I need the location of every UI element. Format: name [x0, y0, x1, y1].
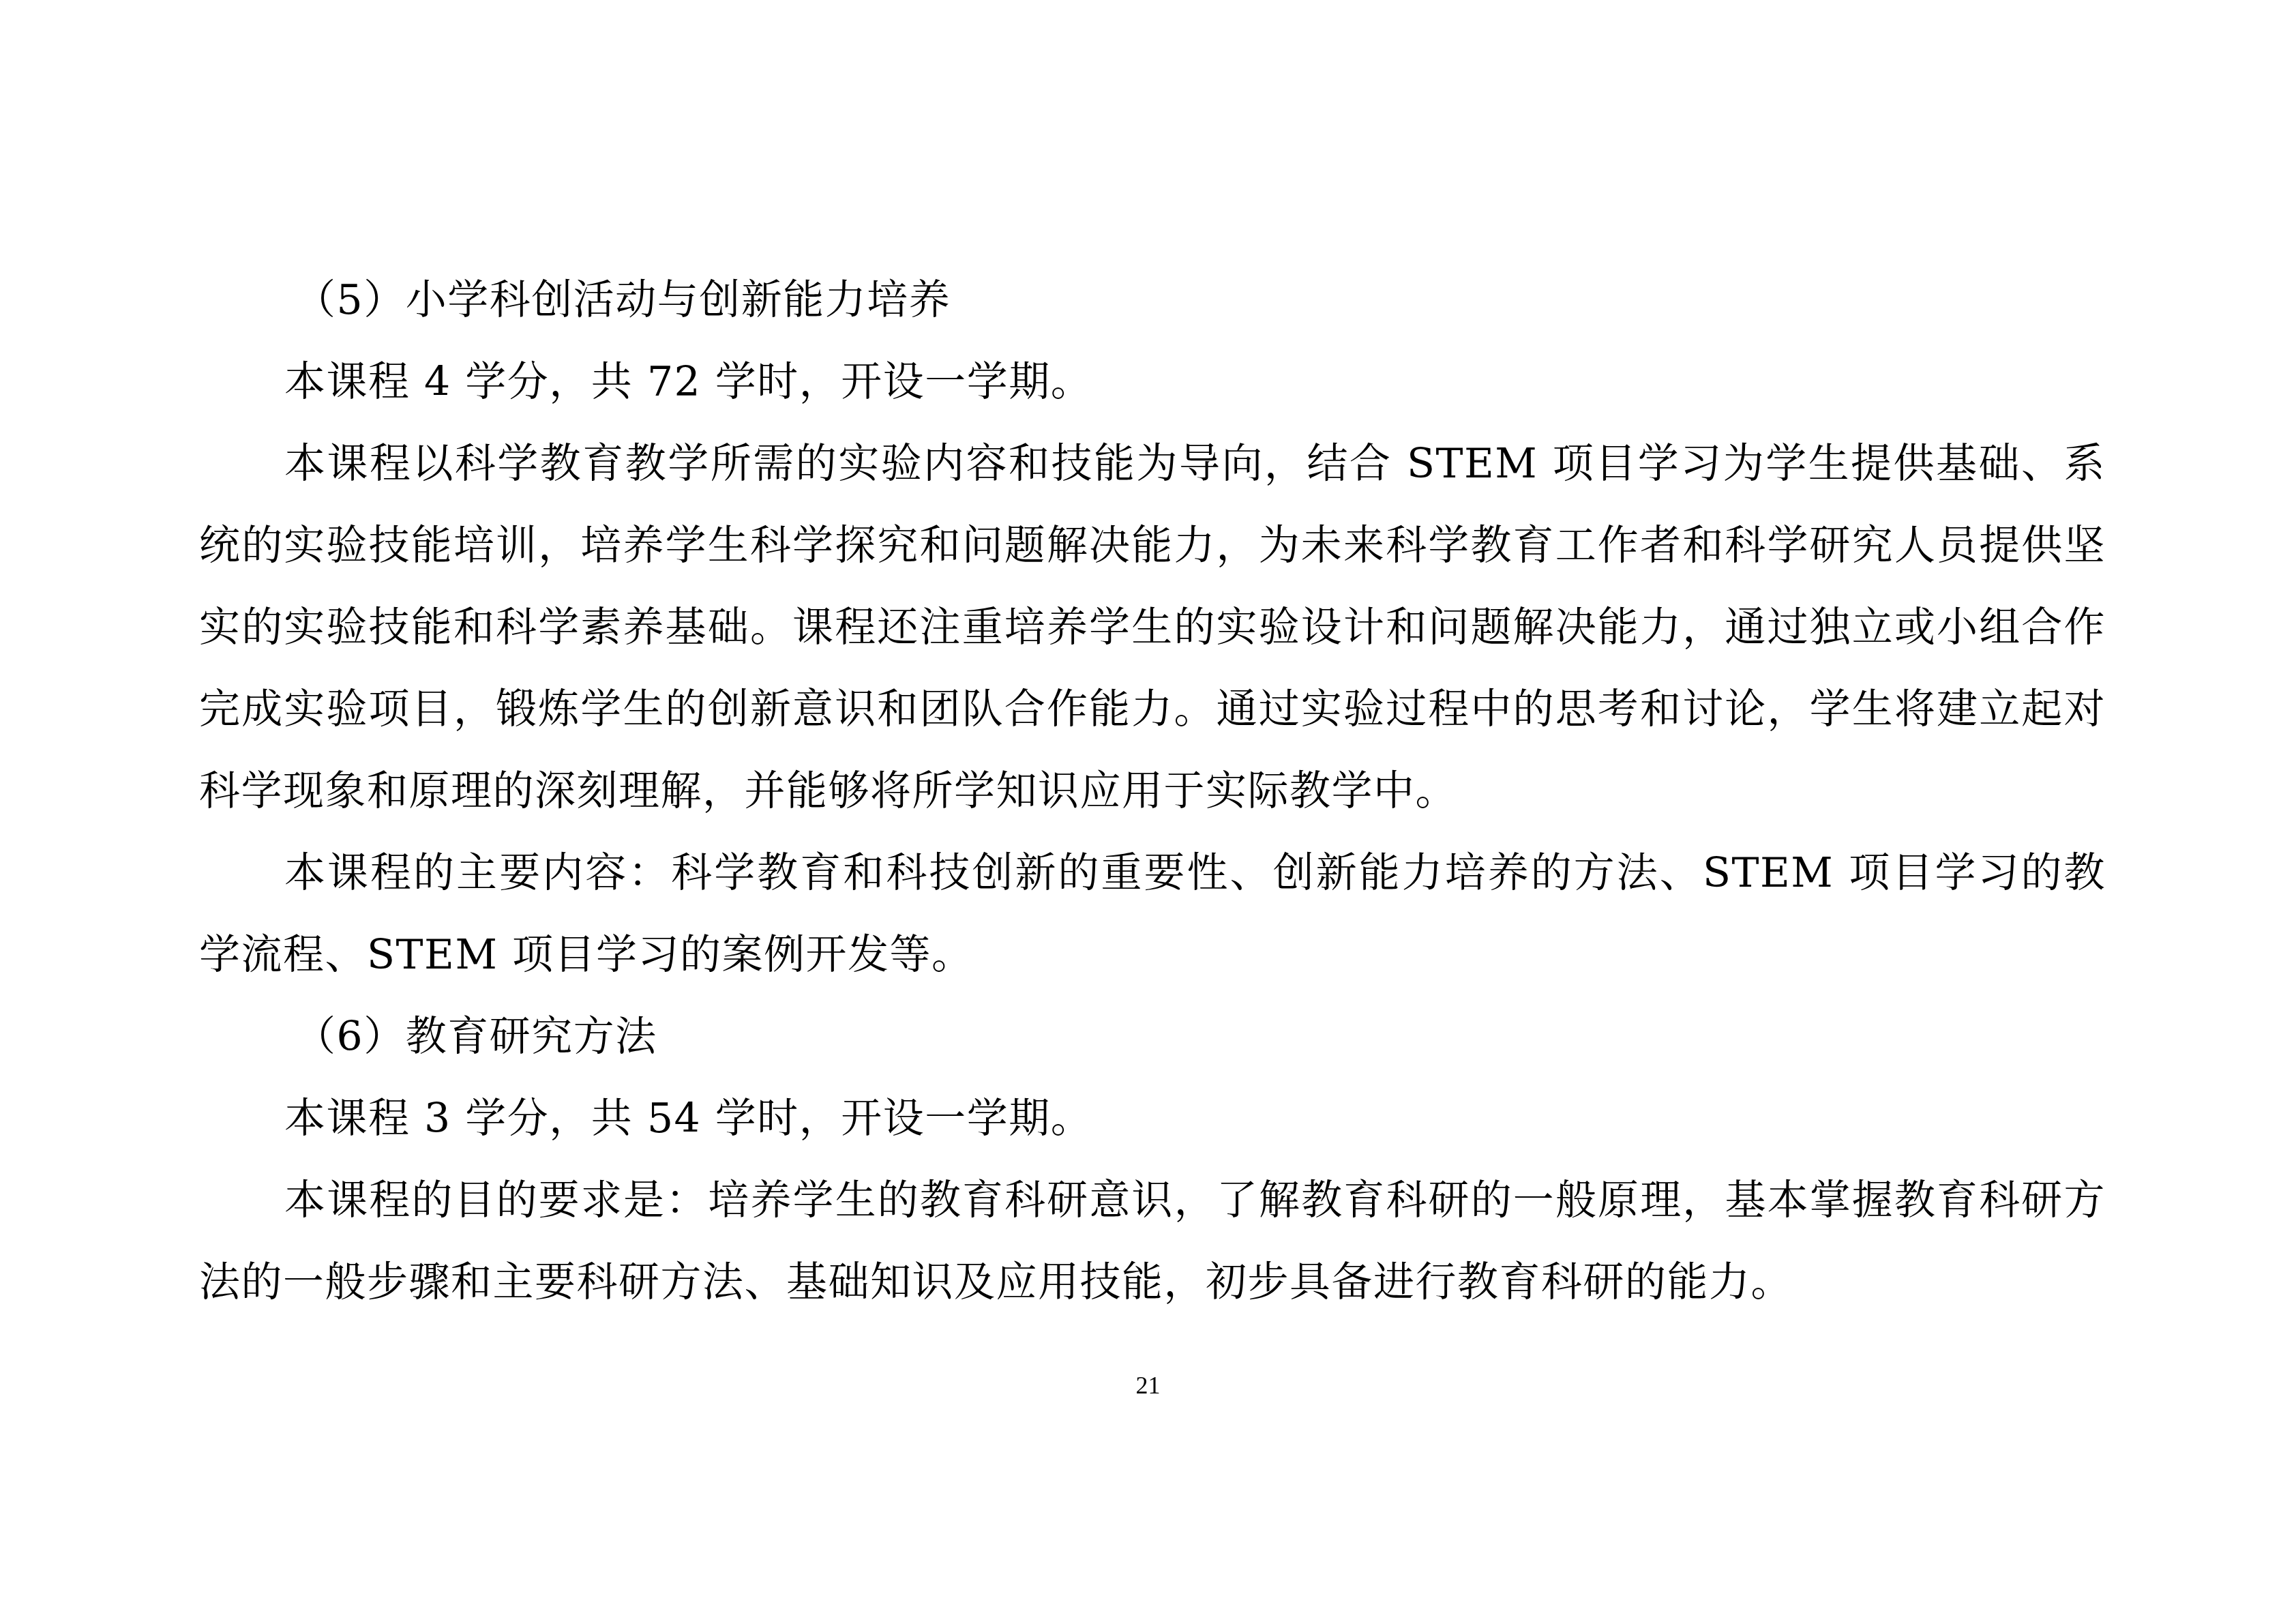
- course-description-5: 本课程以科学教育教学所需的实验内容和技能为导向，结合 STEM 项目学习为学生提…: [199, 423, 2106, 832]
- document-page: （5）小学科创活动与创新能力培养 本课程 4 学分，共 72 学时，开设一学期。…: [0, 0, 2296, 1624]
- course-credits-6: 本课程 3 学分，共 54 学时，开设一学期。: [199, 1078, 2106, 1160]
- course-main-content-5: 本课程的主要内容：科学教育和科技创新的重要性、创新能力培养的方法、STEM 项目…: [199, 832, 2106, 996]
- course-credits-5: 本课程 4 学分，共 72 学时，开设一学期。: [199, 341, 2106, 423]
- document-body: （5）小学科创活动与创新能力培养 本课程 4 学分，共 72 学时，开设一学期。…: [199, 259, 2106, 1323]
- course-objectives-6: 本课程的目的要求是：培养学生的教育科研意识，了解教育科研的一般原理，基本掌握教育…: [199, 1160, 2106, 1323]
- section-heading-5: （5）小学科创活动与创新能力培养: [199, 259, 2106, 341]
- page-number: 21: [0, 1371, 2296, 1400]
- section-heading-6: （6）教育研究方法: [199, 996, 2106, 1078]
